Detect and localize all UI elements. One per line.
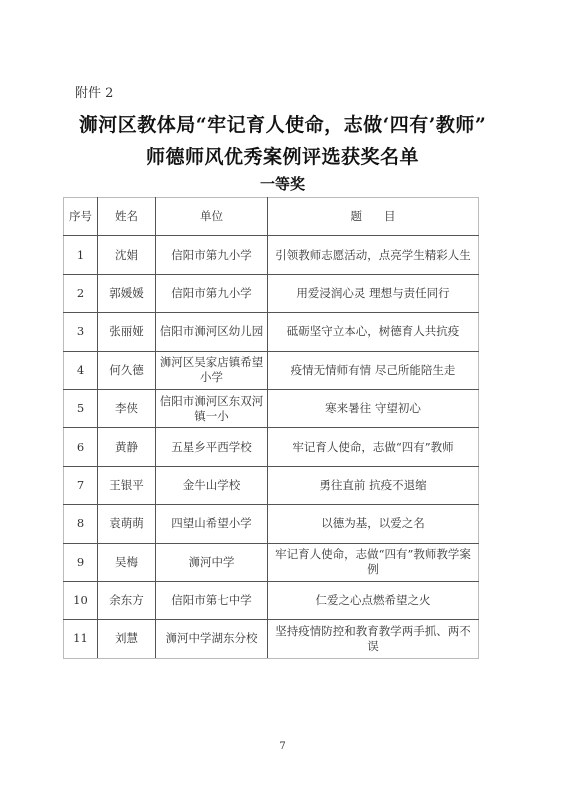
table-row: 5 李侠 信阳市浉河区东双河镇一小 寒来暑往 守望初心 (64, 389, 479, 427)
cell-no: 10 (64, 581, 98, 619)
cell-no: 4 (64, 351, 98, 389)
header-no: 序号 (64, 198, 98, 236)
table-row: 9 吴梅 浉河中学 牢记育人使命，志做“四有”教师教学案例 (64, 543, 479, 581)
cell-unit: 信阳市第九小学 (156, 236, 268, 274)
table-row: 10 余东方 信阳市第七中学 仁爱之心点燃希望之火 (64, 581, 479, 619)
table-row: 11 刘慧 浉河中学湖东分校 坚持疫情防控和教育教学两手抓、两不误 (64, 620, 479, 658)
cell-no: 5 (64, 389, 98, 427)
header-unit: 单位 (156, 198, 268, 236)
cell-topic: 勇往直前 抗疫不退缩 (268, 466, 479, 504)
cell-unit: 浉河中学 (156, 543, 268, 581)
cell-unit: 浉河中学湖东分校 (156, 620, 268, 658)
cell-no: 8 (64, 505, 98, 543)
cell-name: 余东方 (98, 581, 156, 619)
cell-name: 郭媛媛 (98, 274, 156, 312)
cell-topic: 疫情无情师有情 尽己所能陪生走 (268, 351, 479, 389)
page-number: 7 (0, 741, 565, 752)
cell-topic: 用爱浸润心灵 理想与责任同行 (268, 274, 479, 312)
cell-topic: 牢记育人使命，志做“四有”教师 (268, 428, 479, 466)
header-topic: 题 目 (268, 198, 479, 236)
cell-topic: 砥砺坚守立本心，树德育人共抗疫 (268, 313, 479, 351)
cell-unit: 信阳市浉河区幼儿园 (156, 313, 268, 351)
cell-topic: 仁爱之心点燃希望之火 (268, 581, 479, 619)
attachment-label: 附件 2 (75, 82, 113, 101)
cell-name: 刘慧 (98, 620, 156, 658)
table-row: 1 沈娟 信阳市第九小学 引领教师志愿活动，点亮学生精彩人生 (64, 236, 479, 274)
cell-unit: 浉河区吴家店镇希望小学 (156, 351, 268, 389)
table-header-row: 序号 姓名 单位 题 目 (64, 198, 479, 236)
cell-name: 黄静 (98, 428, 156, 466)
cell-unit: 信阳市第七中学 (156, 581, 268, 619)
cell-unit: 信阳市浉河区东双河镇一小 (156, 389, 268, 427)
cell-topic: 牢记育人使命，志做“四有”教师教学案例 (268, 543, 479, 581)
table-row: 2 郭媛媛 信阳市第九小学 用爱浸润心灵 理想与责任同行 (64, 274, 479, 312)
cell-topic: 寒来暑往 守望初心 (268, 389, 479, 427)
table-row: 7 王银平 金牛山学校 勇往直前 抗疫不退缩 (64, 466, 479, 504)
cell-no: 9 (64, 543, 98, 581)
award-level-heading: 一等奖 (0, 173, 565, 194)
cell-no: 2 (64, 274, 98, 312)
cell-topic: 以德为基，以爱之名 (268, 505, 479, 543)
table-row: 6 黄静 五星乡平西学校 牢记育人使命，志做“四有”教师 (64, 428, 479, 466)
table-row: 8 袁萌萌 四望山希望小学 以德为基，以爱之名 (64, 505, 479, 543)
cell-unit: 四望山希望小学 (156, 505, 268, 543)
cell-no: 6 (64, 428, 98, 466)
cell-name: 李侠 (98, 389, 156, 427)
cell-no: 1 (64, 236, 98, 274)
cell-name: 沈娟 (98, 236, 156, 274)
cell-topic: 坚持疫情防控和教育教学两手抓、两不误 (268, 620, 479, 658)
cell-unit: 五星乡平西学校 (156, 428, 268, 466)
table-row: 4 何久德 浉河区吴家店镇希望小学 疫情无情师有情 尽己所能陪生走 (64, 351, 479, 389)
header-name: 姓名 (98, 198, 156, 236)
cell-name: 袁萌萌 (98, 505, 156, 543)
document-title-line-1: 浉河区教体局“牢记育人使命，志做‘四有’教师” (0, 110, 565, 137)
cell-name: 何久德 (98, 351, 156, 389)
table-row: 3 张丽娅 信阳市浉河区幼儿园 砥砺坚守立本心，树德育人共抗疫 (64, 313, 479, 351)
cell-no: 7 (64, 466, 98, 504)
cell-no: 3 (64, 313, 98, 351)
document-title-line-2: 师德师风优秀案例评选获奖名单 (0, 142, 565, 169)
winners-table: 序号 姓名 单位 题 目 1 沈娟 信阳市第九小学 引领教师志愿活动，点亮学生精… (63, 197, 479, 659)
cell-name: 王银平 (98, 466, 156, 504)
cell-name: 吴梅 (98, 543, 156, 581)
cell-unit: 金牛山学校 (156, 466, 268, 504)
cell-name: 张丽娅 (98, 313, 156, 351)
cell-unit: 信阳市第九小学 (156, 274, 268, 312)
cell-no: 11 (64, 620, 98, 658)
cell-topic: 引领教师志愿活动，点亮学生精彩人生 (268, 236, 479, 274)
